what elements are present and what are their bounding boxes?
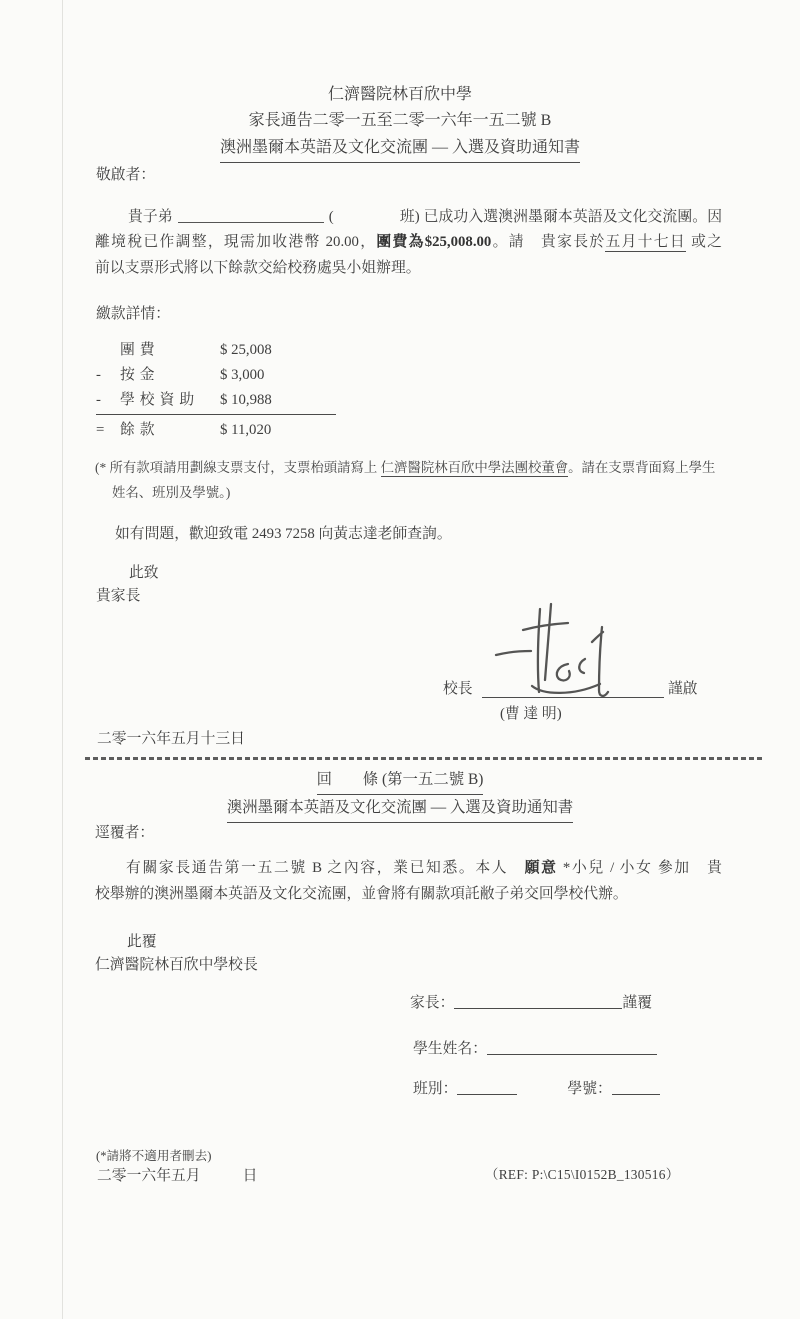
- fee-amount-bold: 團費為$25,008.00: [376, 234, 491, 250]
- reply-text: 有關家長通告第一五二號 B 之內容，業已知悉。本人: [126, 860, 525, 876]
- willing-bold: 願意: [525, 860, 558, 876]
- row-sign: -: [96, 388, 120, 413]
- row-label: 餘款: [120, 418, 220, 443]
- reply-paragraph-line-1: 有關家長通告第一五二號 B 之內容，業已知悉。本人 願意 *小兒 / 小女 參加…: [95, 856, 722, 882]
- letter-paragraph-1: 貴子弟(班) 已成功入選澳洲墨爾本英語及文化交流團。因 離境稅已作調整，現需加收…: [95, 205, 722, 281]
- row-amount: $ 3,000: [220, 363, 264, 388]
- letter-date: 二零一六年五月十三日: [97, 727, 245, 748]
- tear-off-divider: [85, 757, 762, 760]
- payment-heading: 繳款詳情：: [96, 302, 170, 323]
- student-name-field-blank: [487, 1042, 657, 1055]
- respect-label: 謹啟: [668, 677, 698, 698]
- reply-paragraph: 有關家長通告第一五二號 B 之內容，業已知悉。本人 願意 *小兒 / 小女 參加…: [95, 856, 722, 907]
- cheque-note-text: (* 所有款項請用劃線支票支付，支票枱頭請寫上: [95, 460, 381, 475]
- class-paren-close: 班): [400, 209, 420, 225]
- fee-adjust-text: 離境稅已作調整，現需加收港幣 20.00，: [95, 234, 376, 250]
- signature-line: [482, 668, 664, 698]
- closing-cishi: 此致: [129, 561, 159, 582]
- reply-closing-cifu: 此覆: [127, 930, 157, 951]
- student-no-blank: [612, 1082, 660, 1095]
- parent-signature-field: 家長：謹覆: [410, 991, 652, 1012]
- letter-subject: 澳洲墨爾本英語及文化交流團 — 入選及資助通知書: [220, 135, 580, 163]
- cheque-payee-underlined: 仁濟醫院林百欣中學法團校董會: [381, 460, 568, 477]
- reply-slip-subject: 澳洲墨爾本英語及文化交流團 — 入選及資助通知書: [227, 795, 573, 823]
- paragraph-1-text: 已成功入選澳洲墨爾本英語及文化交流團。因: [424, 209, 722, 225]
- class-number-field: 班別：學號：: [413, 1077, 660, 1098]
- reply-slip-title: 回 條 (第一五二號 B): [317, 767, 484, 795]
- parent-respect-label: 謹覆: [622, 995, 652, 1011]
- letter-salutation: 敬啟者：: [96, 163, 155, 184]
- payment-table: 團費$ 25,008 -按金$ 3,000 -學校資助$ 10,988 =餘款$…: [96, 338, 336, 443]
- student-no-label: 學號：: [567, 1081, 611, 1097]
- principal-label: 校長: [443, 677, 473, 698]
- row-amount: $ 10,988: [220, 388, 272, 413]
- parent-signature-blank: [454, 996, 622, 1009]
- class-blank: [334, 211, 400, 223]
- reply-date-line: 二零一六年五月日: [97, 1164, 257, 1185]
- delete-inapplicable-note: (*請將不適用者刪去): [96, 1145, 211, 1164]
- notice-number-line: 家長通告二零一五至二零一六年一五二號 B: [0, 108, 800, 134]
- row-amount: $ 11,020: [220, 418, 271, 443]
- cheque-note: (* 所有款項請用劃線支票支付，支票枱頭請寫上 仁濟醫院林百欣中學法團校董會。請…: [95, 455, 722, 505]
- student-name-blank: [178, 210, 324, 223]
- cheque-note-line-2: 姓名、班別及學號。): [95, 480, 722, 505]
- letter-header: 仁濟醫院林百欣中學 家長通告二零一五至二零一六年一五二號 B 澳洲墨爾本英語及文…: [0, 82, 800, 163]
- fee-request-text: 。請 貴家長於: [491, 234, 605, 250]
- reply-closing-to: 仁濟醫院林百欣中學校長: [95, 953, 258, 974]
- row-label: 團費: [120, 338, 220, 363]
- cheque-note-text2: 。請在支票背面寫上學生: [568, 460, 715, 475]
- row-amount: $ 25,008: [220, 338, 272, 363]
- reply-date-prefix: 二零一六年五月: [97, 1168, 201, 1184]
- class-blank: [457, 1082, 517, 1095]
- parent-label: 家長：: [410, 995, 454, 1011]
- paragraph-1-line-1: 貴子弟(班) 已成功入選澳洲墨爾本英語及文化交流團。因: [95, 205, 722, 230]
- scan-edge-line: [62, 0, 63, 1319]
- reply-date-day: 日: [243, 1168, 258, 1184]
- table-row-deposit: -按金$ 3,000: [96, 363, 336, 388]
- reply-text2: *小兒 / 小女 參加 貴: [558, 860, 722, 876]
- table-row-subsidy: -學校資助$ 10,988: [96, 388, 336, 413]
- file-reference: （REF: P:\C15\I0152B_130516）: [485, 1164, 679, 1183]
- school-name: 仁濟醫院林百欣中學: [0, 82, 800, 108]
- table-row-balance: =餘款$ 11,020: [96, 414, 336, 443]
- row-sign: =: [96, 418, 120, 443]
- paragraph-1-line-2: 離境稅已作調整，現需加收港幣 20.00，團費為$25,008.00。請 貴家長…: [95, 230, 722, 255]
- row-label: 按金: [120, 363, 220, 388]
- student-name-field: 學生姓名：: [413, 1037, 657, 1058]
- reply-paragraph-line-2: 校舉辦的澳洲墨爾本英語及文化交流團，並會將有關款項託敝子弟交回學校代辦。: [95, 882, 722, 908]
- deadline-suffix: 或之: [686, 234, 722, 250]
- row-label: 學校資助: [120, 388, 220, 413]
- child-label: 貴子弟: [128, 209, 173, 225]
- deadline-underlined: 五月十七日: [605, 234, 686, 252]
- row-sign: -: [96, 363, 120, 388]
- paragraph-1-line-3: 前以支票形式將以下餘款交給校務處吳小姐辦理。: [95, 256, 722, 281]
- contact-line: 如有問題，歡迎致電 2493 7258 向黃志達老師查詢。: [115, 522, 452, 543]
- closing-recipient: 貴家長: [96, 584, 140, 605]
- scanned-notice-page: 仁濟醫院林百欣中學 家長通告二零一五至二零一六年一五二號 B 澳洲墨爾本英語及文…: [0, 0, 800, 1319]
- table-row-fee: 團費$ 25,008: [96, 338, 336, 363]
- student-name-label: 學生姓名：: [413, 1041, 487, 1057]
- cheque-note-line-1: (* 所有款項請用劃線支票支付，支票枱頭請寫上 仁濟醫院林百欣中學法團校董會。請…: [95, 455, 722, 480]
- class-label: 班別：: [413, 1081, 457, 1097]
- reply-slip-header: 回 條 (第一五二號 B) 澳洲墨爾本英語及文化交流團 — 入選及資助通知書: [0, 767, 800, 823]
- reply-salutation: 逕覆者：: [95, 821, 154, 842]
- principal-name: (曹 達 明): [500, 702, 562, 723]
- row-sign: [96, 338, 120, 363]
